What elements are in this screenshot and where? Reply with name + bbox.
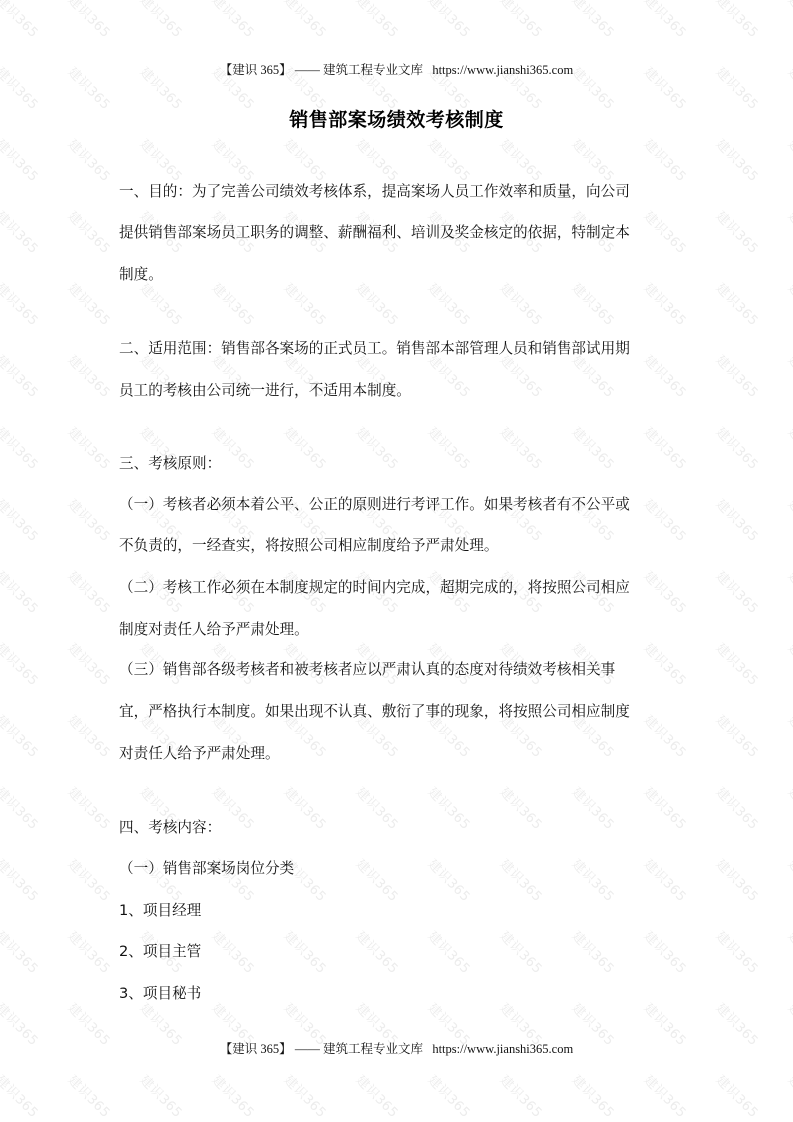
position-item-1: 1、项目经理	[119, 899, 201, 920]
footer-library: 建筑工程专业文库	[323, 1042, 423, 1056]
document-body: 一、目的：为了完善公司绩效考核体系，提高案场人员工作效率和质量，向公司 提供销售…	[119, 0, 679, 1122]
purpose-line-3: 制度。	[119, 263, 163, 284]
content-subheading: （一）销售部案场岗位分类	[119, 857, 294, 878]
footer-brand: 【建识 365】	[220, 1042, 292, 1056]
page-footer: 【建识 365】 —— 建筑工程专业文库 https://www.jianshi…	[0, 1039, 793, 1057]
principle-3-line-1: （三）销售部各级考核者和被考核者应以严肃认真的态度对待绩效考核相关事	[119, 658, 615, 679]
content-heading: 四、考核内容：	[119, 816, 221, 837]
principle-1-line-2: 不负责的，一经查实，将按照公司相应制度给予严肃处理。	[119, 534, 498, 555]
purpose-line-1: 一、目的：为了完善公司绩效考核体系，提高案场人员工作效率和质量，向公司	[119, 180, 630, 201]
scope-line-1: 二、适用范围：销售部各案场的正式员工。销售部本部管理人员和销售部试用期	[119, 337, 630, 358]
document-page: 【建识 365】 —— 建筑工程专业文库 https://www.jianshi…	[0, 0, 793, 1122]
position-item-2: 2、项目主管	[119, 940, 201, 961]
footer-url: https://www.jianshi365.com	[432, 1042, 573, 1056]
purpose-line-2: 提供销售部案场员工职务的调整、薪酬福利、培训及奖金核定的依据，特制定本	[119, 221, 630, 242]
scope-line-2: 员工的考核由公司统一进行，不适用本制度。	[119, 379, 411, 400]
principles-heading: 三、考核原则：	[119, 452, 221, 473]
principle-2-line-1: （二）考核工作必须在本制度规定的时间内完成，超期完成的，将按照公司相应	[119, 576, 630, 597]
position-item-3: 3、项目秘书	[119, 982, 201, 1003]
footer-dash: ——	[295, 1042, 320, 1056]
principle-3-line-2: 宜，严格执行本制度。如果出现不认真、敷衍了事的现象，将按照公司相应制度	[119, 700, 630, 721]
principle-3-line-3: 对责任人给予严肃处理。	[119, 742, 280, 763]
principle-2-line-2: 制度对责任人给予严肃处理。	[119, 618, 309, 639]
principle-1-line-1: （一）考核者必须本着公平、公正的原则进行考评工作。如果考核者有不公平或	[119, 493, 630, 514]
